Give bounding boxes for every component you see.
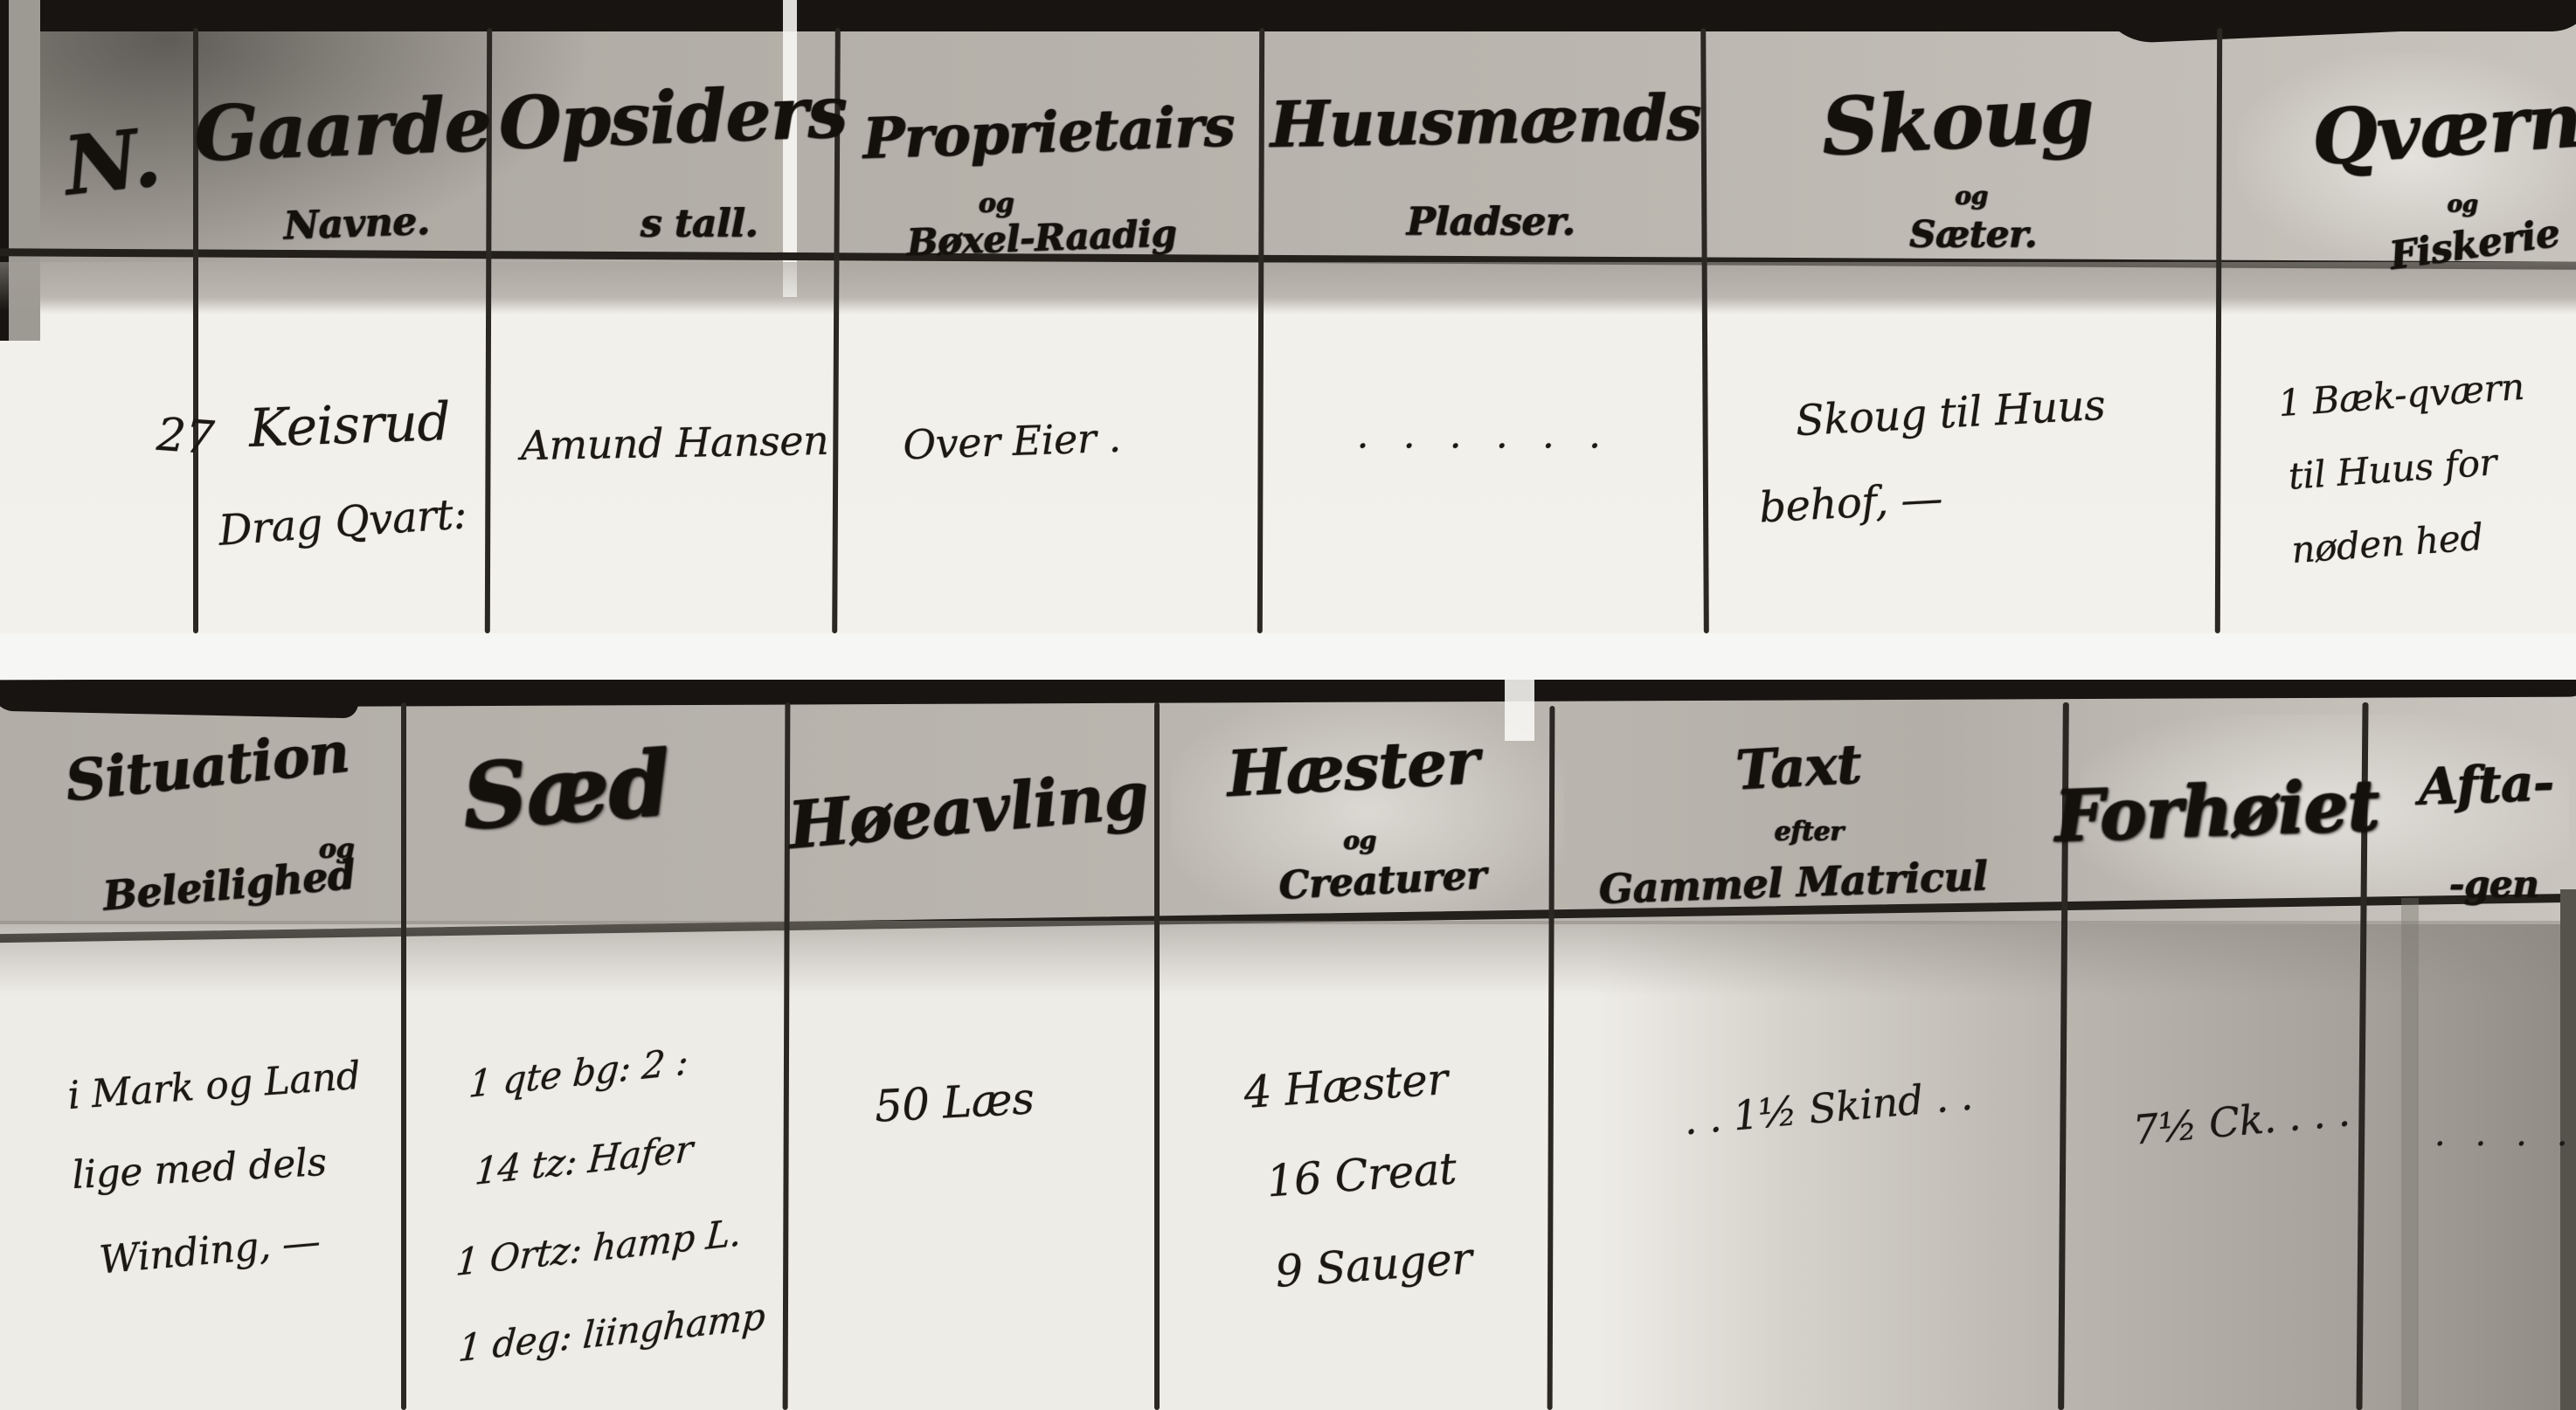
cell-farm-name-note: Drag Qvart:	[217, 489, 467, 556]
cell-situation-line: lige med dels	[71, 1140, 328, 1198]
top-header-proprietairs: Proprietairs	[862, 93, 1236, 172]
bottom-header-saed: Sæd	[460, 731, 674, 850]
scan-streak	[1505, 680, 1534, 741]
cell-saed-line: 1 Ortz: hamp L.	[454, 1211, 743, 1284]
top-header-proprietairs-og: og	[979, 189, 1014, 219]
cell-huusmaends-dots: . . . . . .	[1356, 413, 1600, 458]
top-header-gaarde-sub: Navne.	[283, 199, 431, 249]
column-divider	[1154, 702, 1160, 1410]
top-header-skoug-og: og	[1955, 182, 1988, 211]
bottom-header-haester-og: og	[1343, 826, 1376, 855]
cell-hoeavling: 50 Læs	[873, 1073, 1035, 1131]
cell-proprietair: Over Eier .	[903, 414, 1122, 469]
top-header-qvaern: Qværn	[2309, 76, 2576, 183]
cell-taxt: . . 1½ Skind . .	[1682, 1072, 1975, 1144]
cell-aftagen-dots: . . . .	[2434, 1114, 2567, 1154]
cell-forhoeiet: 7½ Ck. . . .	[2131, 1088, 2351, 1153]
cell-skoug-line: behof, —	[1758, 474, 1943, 533]
bottom-header-forhoeiet: Forhøiet	[2053, 764, 2380, 858]
cell-situation-line: Winding, —	[98, 1220, 322, 1283]
cell-saed-line: 1 qte bg: 2 :	[467, 1040, 689, 1106]
bottom-header-aftagen: Afta-	[2418, 752, 2555, 816]
cell-occupant-name: Amund Hansen	[520, 417, 828, 469]
top-header-gaarde: Gaarde	[192, 80, 492, 179]
cell-haester-line: 4 Hæster	[1242, 1054, 1449, 1118]
cell-situation-line: i Mark og Land	[66, 1054, 362, 1118]
top-header-no: N.	[59, 110, 163, 214]
bottom-header-haester: Hæster	[1225, 723, 1480, 811]
right-gray-streak	[2401, 898, 2419, 1410]
top-header-huusmaends-sub: Pladser.	[1407, 200, 1575, 245]
top-header-qvaern-og: og	[2447, 191, 2477, 218]
bottom-header-taxt: Taxt	[1734, 732, 1862, 802]
cell-qvaern-line: nøden hed	[2290, 515, 2484, 571]
top-header-huusmaends: Huusmænds	[1270, 79, 1702, 162]
top-under-rule-shade	[0, 262, 2576, 311]
cell-saed-line: 14 tz: Hafer	[474, 1127, 695, 1193]
cell-farm-number: 27	[155, 409, 215, 465]
cell-farm-name: Keisrud	[248, 391, 452, 460]
top-header-skoug-sub: Sæter.	[1909, 213, 2037, 256]
top-header-skoug: Skoug	[1819, 67, 2095, 174]
cell-saed-line: 1 deg: liinghamp	[457, 1295, 766, 1370]
left-edge-black	[0, 0, 9, 341]
scanned-ledger-page: N. Gaarde Navne. Opsiders s tall. Propri…	[0, 0, 2576, 1410]
cell-qvaern-line: til Huus for	[2287, 440, 2497, 498]
column-divider	[401, 702, 406, 1410]
top-table: N. Gaarde Navne. Opsiders s tall. Propri…	[0, 0, 2576, 633]
column-divider	[1257, 28, 1264, 633]
bottom-table: Situation og Beleilighed Sæd Høeavling H…	[0, 680, 2576, 1410]
bottom-header-aftagen-sub: -gen	[2449, 863, 2538, 906]
cell-skoug-line: Skoug til Huus	[1794, 381, 2106, 446]
cell-haester-line: 16 Creat	[1265, 1143, 1458, 1206]
bottom-header-taxt-efter: efter	[1774, 817, 1843, 847]
column-divider	[2215, 28, 2222, 633]
cell-haester-line: 9 Sauger	[1274, 1233, 1474, 1297]
top-header-opsiders-sub: s tall.	[641, 202, 758, 246]
cell-qvaern-line: 1 Bæk-qværn	[2277, 365, 2526, 425]
top-header-opsiders: Opsiders	[497, 70, 848, 166]
